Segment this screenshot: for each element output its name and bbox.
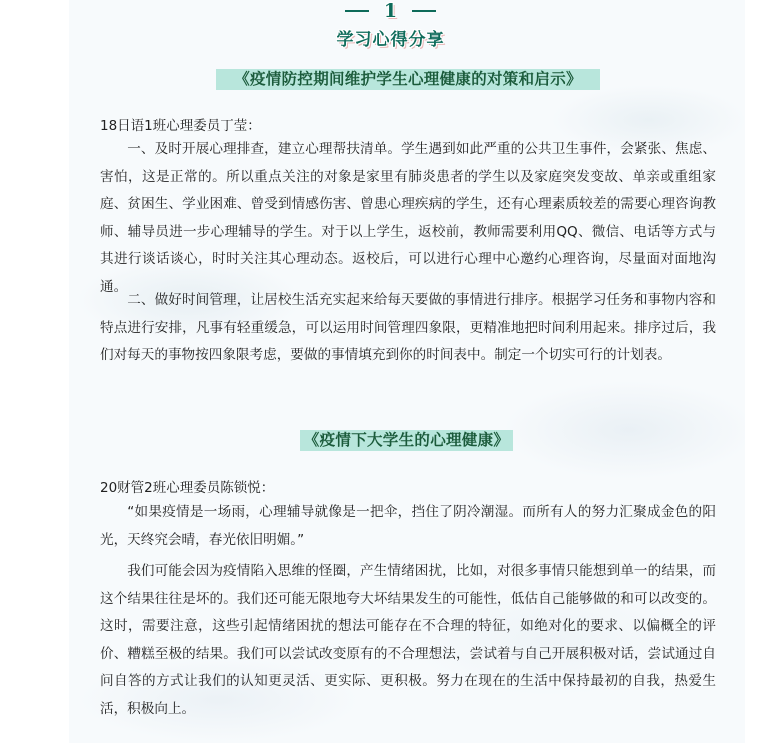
article-author-1: 18日语1班心理委员丁莹： <box>100 114 261 134</box>
divider-line-right <box>412 10 436 12</box>
article-author-2: 20财管2班心理委员陈锁悦： <box>100 476 274 496</box>
article-2-paragraph-1: “如果疫情是一场雨，心理辅导就像是一把伞，挡住了阴冷潮湿。而所有人的努力汇聚成金… <box>100 499 716 554</box>
article-title-2: 《疫情下大学生的心理健康》 <box>300 430 513 451</box>
divider-line-left <box>345 10 369 12</box>
article-1-paragraph-1: 一、及时开展心理排查，建立心理帮扶清单。学生遇到如此严重的公共卫生事件，会紧张、… <box>100 136 716 301</box>
article-1-paragraph-2: 二、做好时间管理，让居校生活充实起来给每天要做的事情进行排序。根据学习任务和事物… <box>100 287 716 370</box>
article-title-1: 《疫情防控期间维护学生心理健康的对策和启示》 <box>216 69 600 90</box>
section-number-header: 1 <box>0 0 781 22</box>
section-title: 学习心得分享 <box>0 25 781 50</box>
article-2-paragraph-2: 我们可能会因为疫情陷入思维的怪圈，产生情绪困扰，比如，对很多事情只能想到单一的结… <box>100 558 716 723</box>
section-number: 1 <box>384 1 397 21</box>
